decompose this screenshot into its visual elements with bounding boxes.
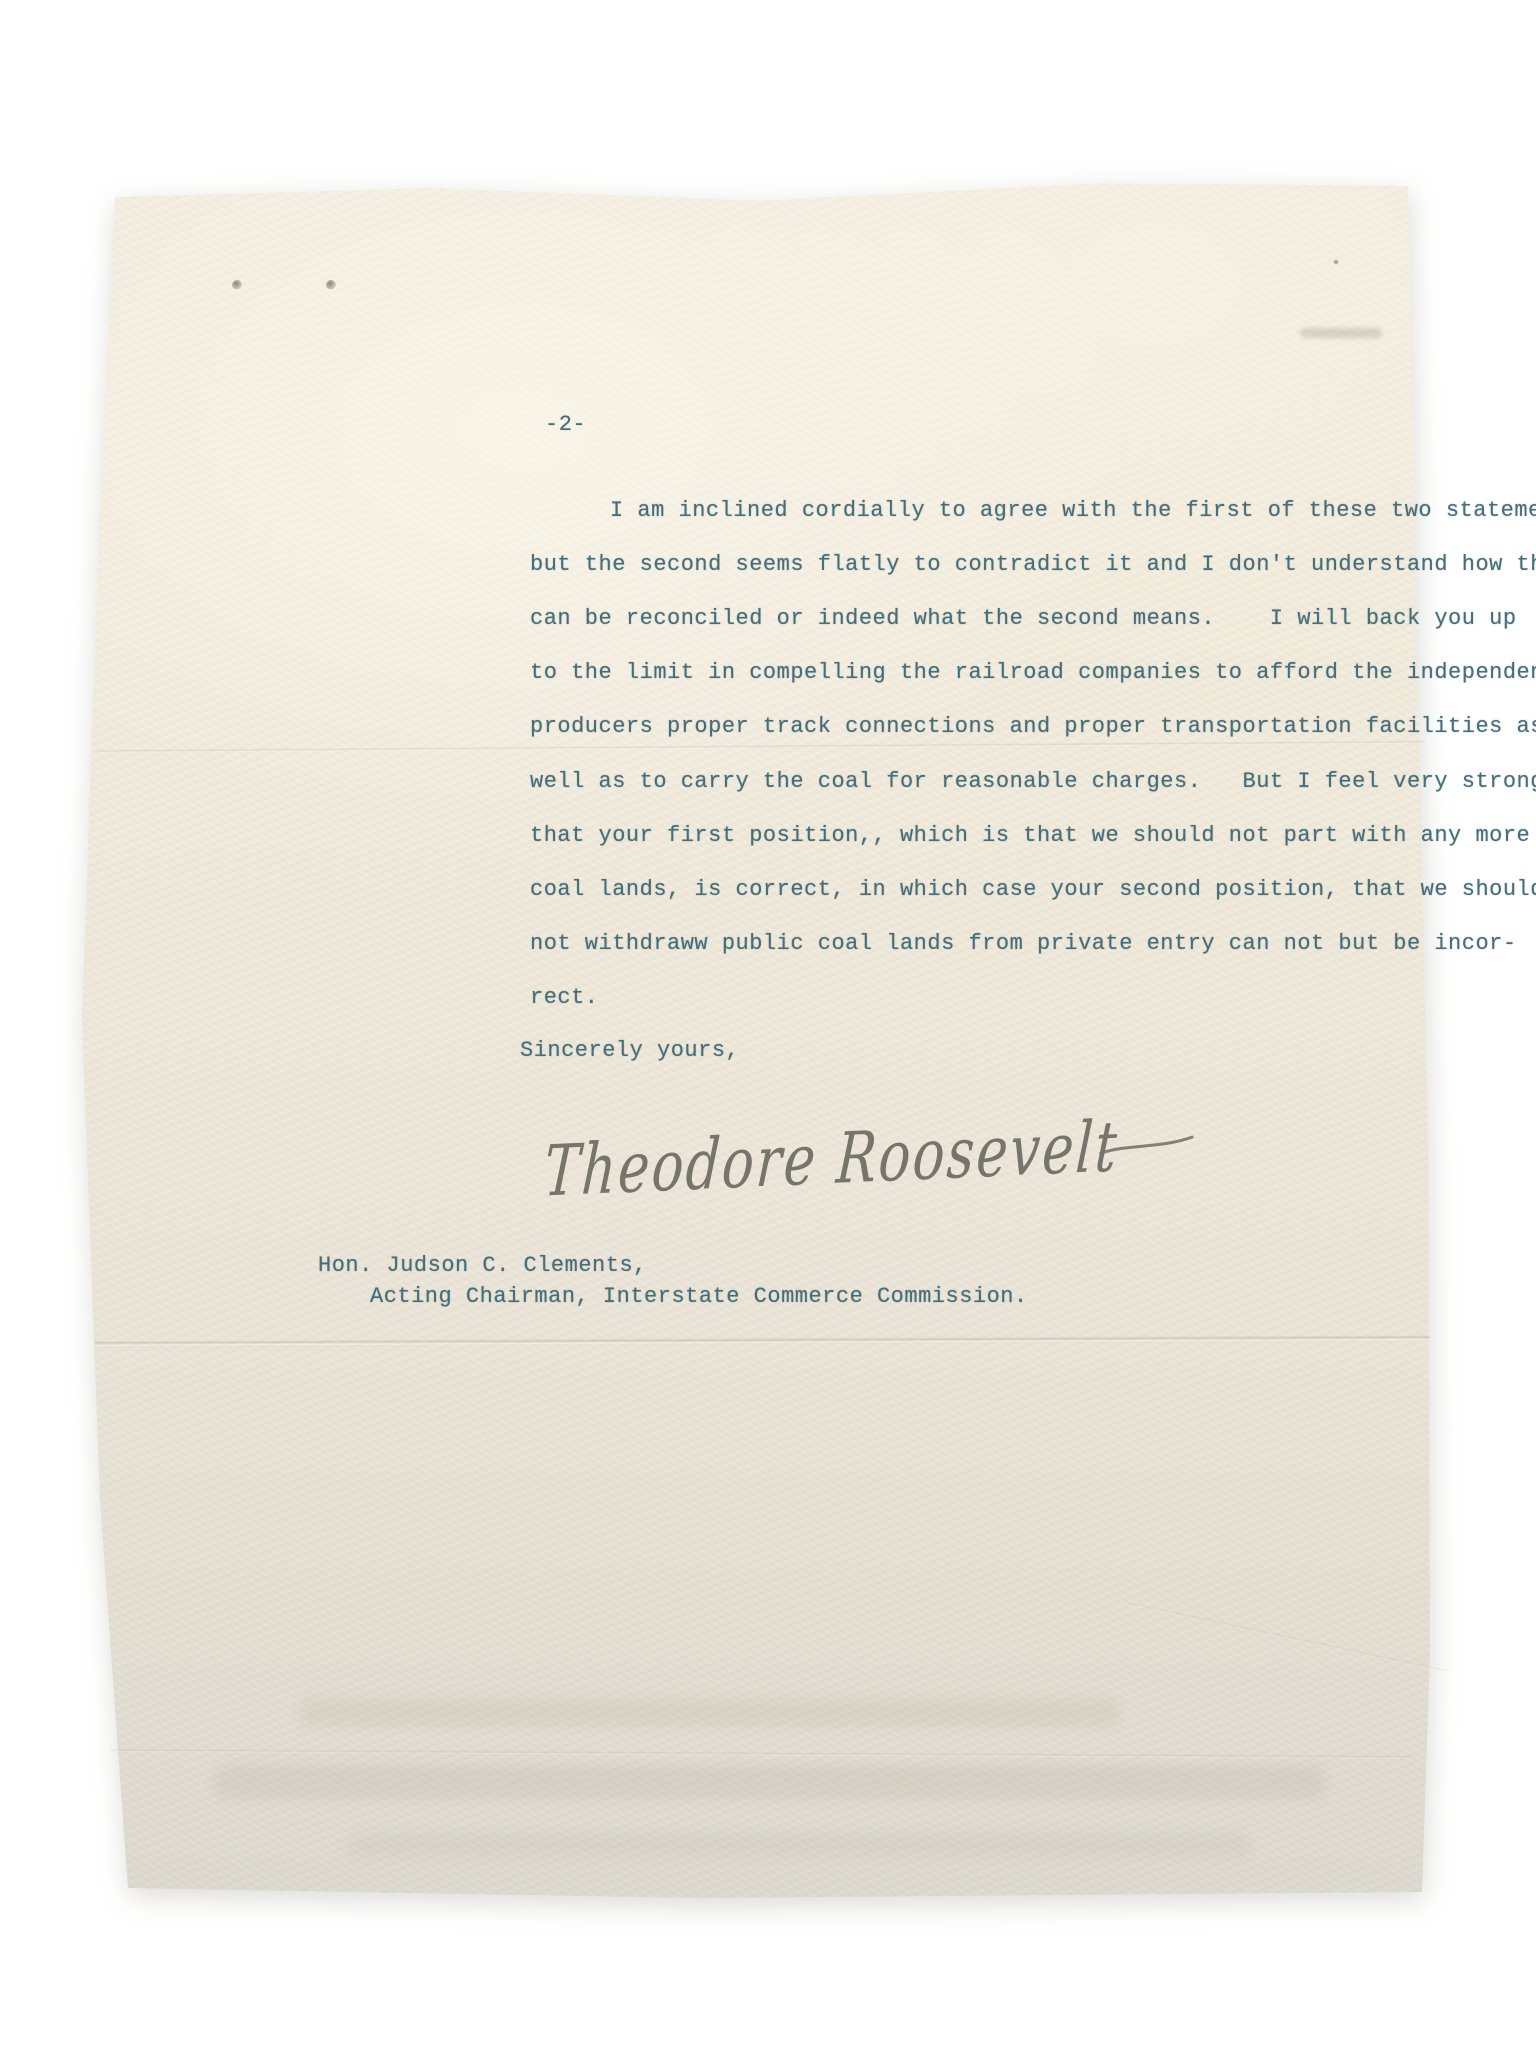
recipient-name: Hon. Judson C. Clements, bbox=[318, 1253, 647, 1279]
body-line: I am inclined cordially to agree with th… bbox=[610, 498, 1536, 524]
body-line: to the limit in compelling the railroad … bbox=[530, 660, 1536, 686]
signature-block: Theodore Roosevelt bbox=[545, 1075, 1205, 1250]
pin-hole bbox=[232, 280, 242, 290]
ghost-impression bbox=[350, 1834, 1250, 1858]
body-line: but the second seems flatly to contradic… bbox=[530, 552, 1536, 578]
body-line: producers proper track connections and p… bbox=[530, 714, 1536, 740]
page-number: -2- bbox=[545, 412, 586, 438]
body-line: can be reconciled or indeed what the sec… bbox=[530, 606, 1517, 632]
letter-photograph: -2- I am inclined cordially to agree wit… bbox=[0, 0, 1536, 2048]
ghost-impression bbox=[300, 1698, 1120, 1726]
body-line: coal lands, is correct, in which case yo… bbox=[530, 877, 1536, 903]
body-line: rect. bbox=[530, 985, 599, 1011]
body-line: not withdraww public coal lands from pri… bbox=[530, 931, 1517, 957]
body-line: well as to carry the coal for reasonable… bbox=[530, 769, 1536, 795]
ghost-impression bbox=[215, 1766, 1325, 1798]
body-line: that your first position,, which is that… bbox=[530, 823, 1530, 849]
letter-paper bbox=[0, 0, 1536, 2048]
gray-smudge bbox=[1300, 328, 1382, 338]
pin-hole bbox=[326, 280, 336, 290]
signature: Theodore Roosevelt bbox=[545, 1105, 1121, 1212]
ink-speck bbox=[1334, 260, 1338, 264]
closing: Sincerely yours, bbox=[520, 1038, 739, 1064]
recipient-title: Acting Chairman, Interstate Commerce Com… bbox=[370, 1284, 1028, 1310]
paper-shadow bbox=[0, 0, 1536, 2048]
